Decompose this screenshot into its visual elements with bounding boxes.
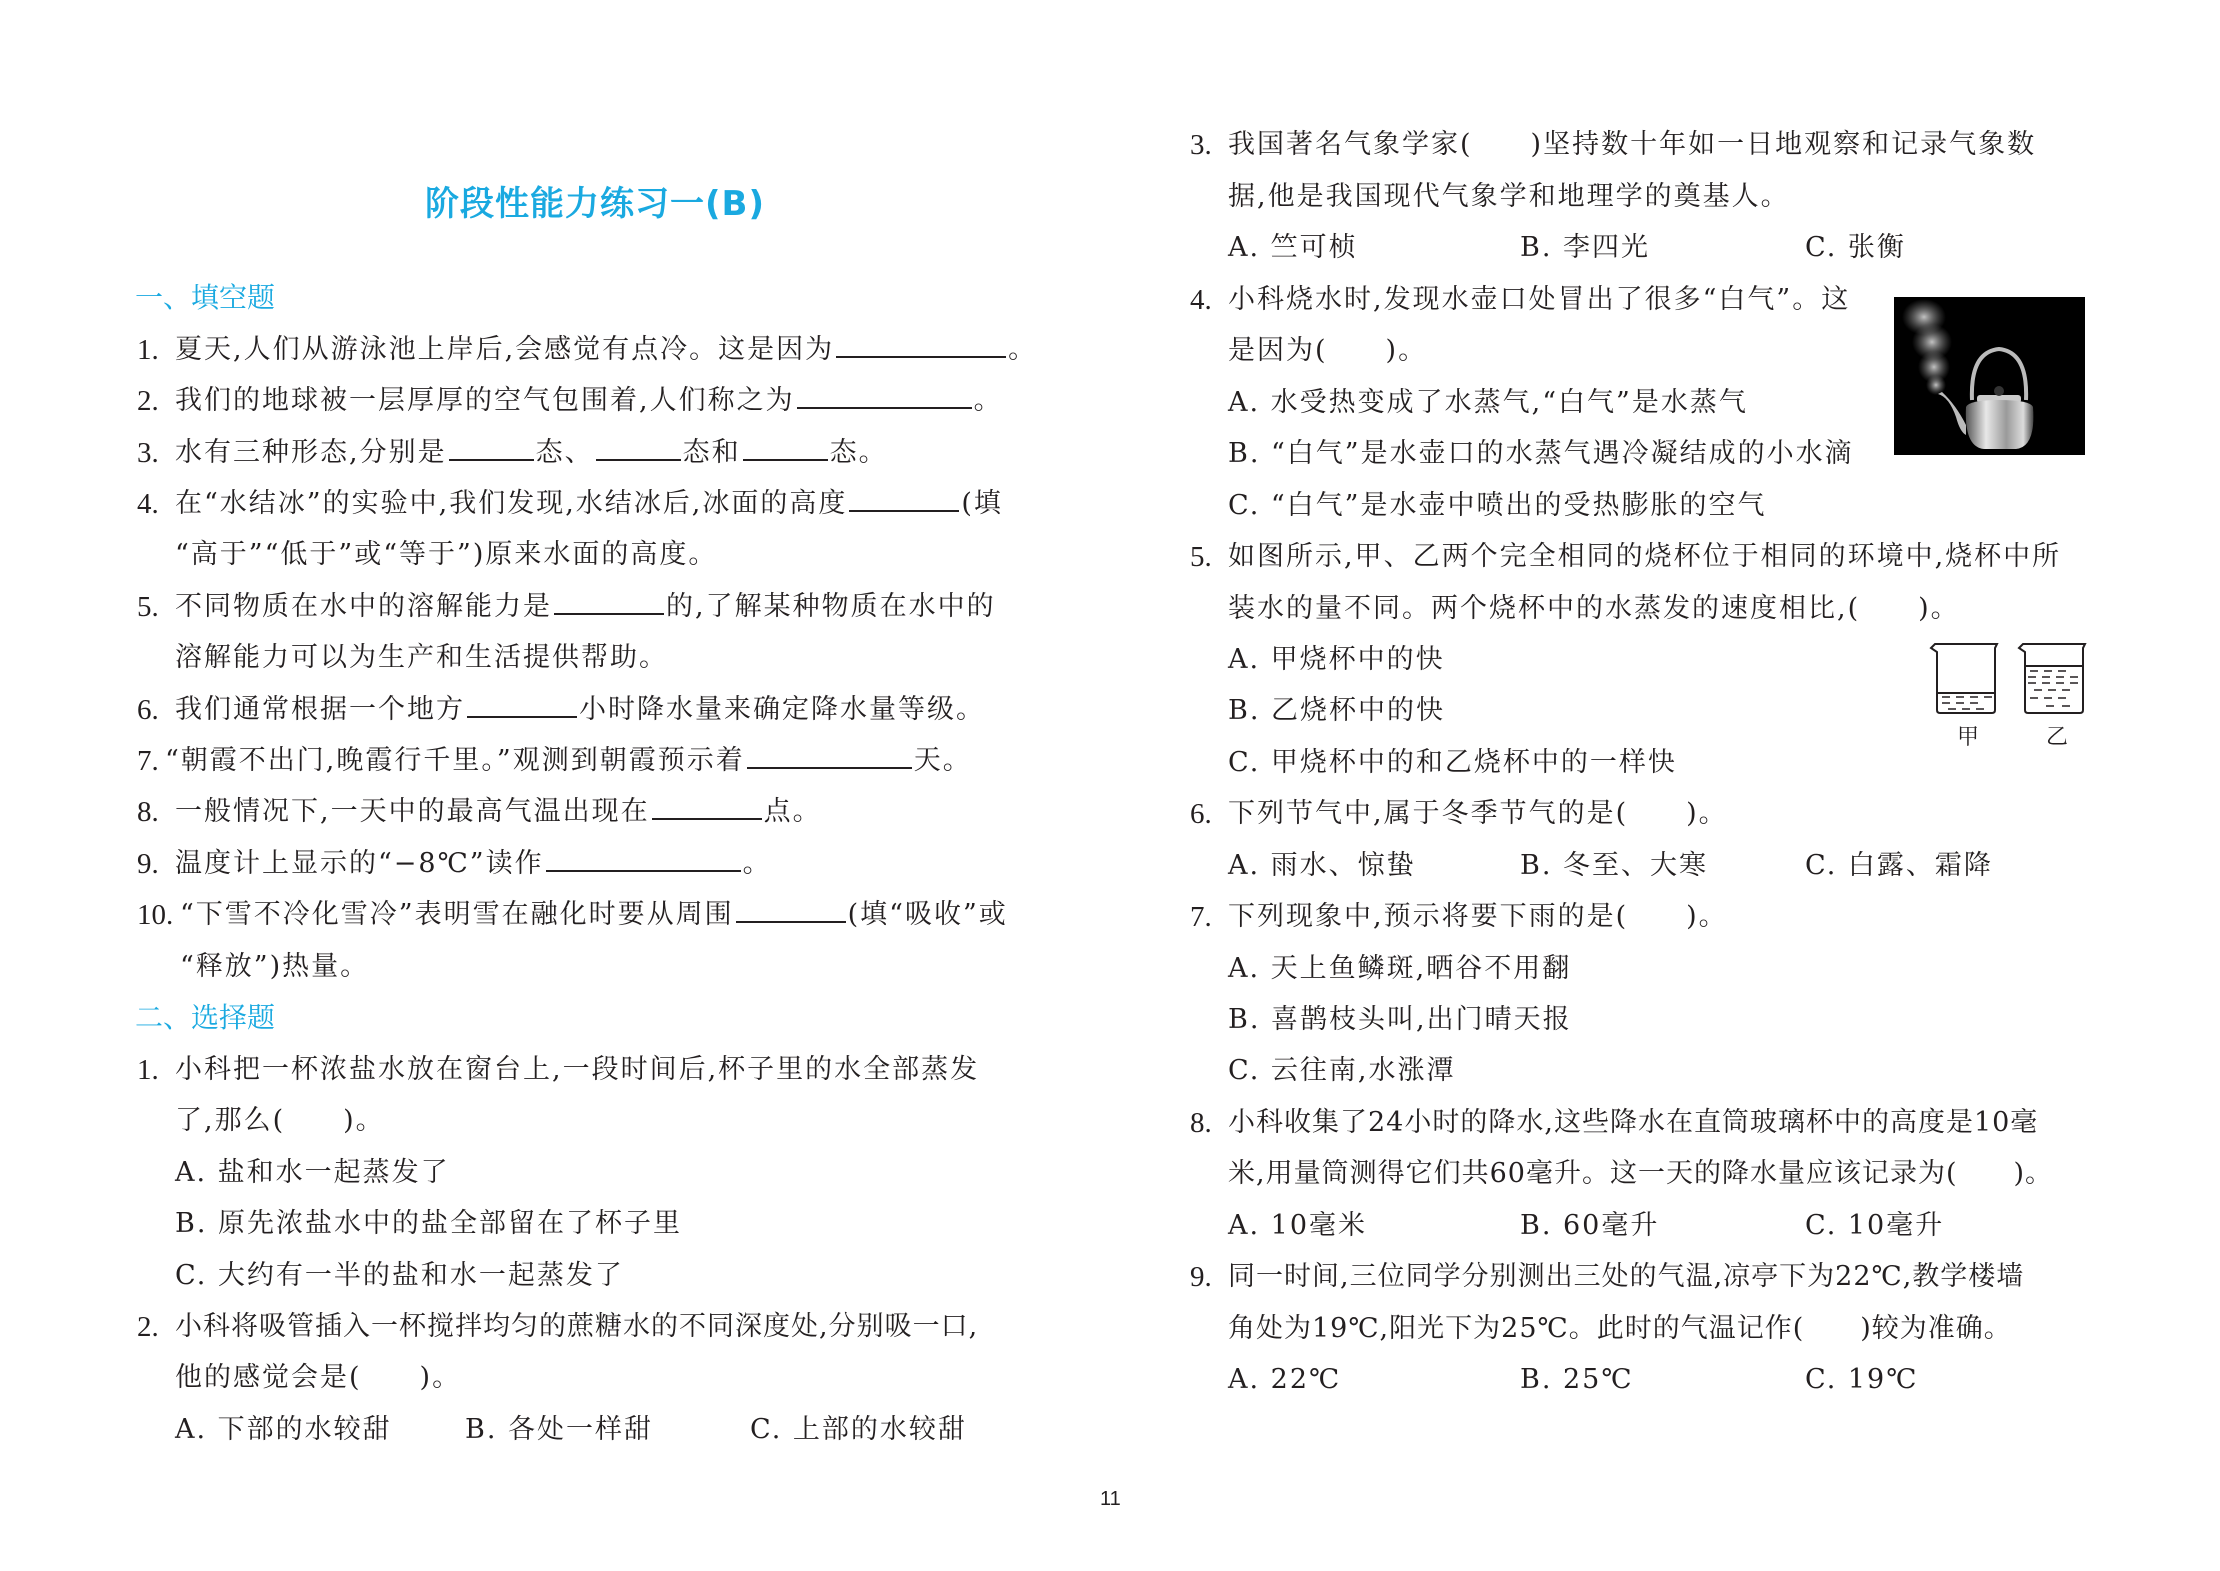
question-number: 1.	[137, 332, 159, 368]
option-a[interactable]: A. 10毫米	[1228, 1208, 1367, 1244]
question-text-cont: 溶解能力可以为生产和生活提供帮助。	[175, 640, 668, 676]
option-b[interactable]: B. 乙烧杯中的快	[1228, 693, 1445, 729]
kettle-icon	[1894, 297, 2085, 455]
question-text: 一般情况下,一天中的最高气温出现在	[175, 796, 650, 827]
question-text-cont: “释放”)热量。	[180, 949, 369, 985]
answer-blank[interactable]	[797, 385, 972, 409]
option-a[interactable]: A. 水受热变成了水蒸气,“白气”是水蒸气	[1228, 385, 1748, 421]
option-a[interactable]: A. 盐和水一起蒸发了	[175, 1155, 450, 1191]
option-c[interactable]: C. 张衡	[1805, 230, 1906, 266]
question-text: 小科收集了24小时的降水,这些降水在直筒玻璃杯中的高度是10毫	[1228, 1105, 2038, 1141]
option-a[interactable]: A. 竺可桢	[1228, 230, 1358, 266]
answer-blank[interactable]	[743, 437, 828, 461]
question-text: 小时降水量来确定降水量等级。	[579, 694, 985, 725]
option-a[interactable]: A. 雨水、惊蛰	[1228, 848, 1416, 884]
question-text-cont: 米,用量筒测得它们共60毫升。这一天的降水量应该记录为( )。	[1228, 1156, 2053, 1192]
question-text: 不同物质在水中的溶解能力是	[175, 591, 552, 622]
option-c[interactable]: C. 白露、霜降	[1805, 848, 1993, 884]
question-text: 在“水结冰”的实验中,我们发现,水结冰后,冰面的高度	[175, 488, 847, 519]
question-number: 3.	[1190, 127, 1212, 163]
answer-blank[interactable]	[596, 437, 681, 461]
question-text: 我国著名气象学家( )坚持数十年如一日地观察和记录气象数	[1228, 127, 2036, 163]
question-text-cont: 了,那么( )。	[175, 1103, 385, 1139]
section-heading-fill-blank: 一、填空题	[135, 280, 275, 316]
question-text: 水有三种形态,分别是	[175, 437, 447, 468]
question-text-cont: 他的感觉会是( )。	[175, 1360, 461, 1396]
question-text-cont: 据,他是我国现代气象学和地理学的奠基人。	[1228, 179, 1790, 215]
page-number: 11	[1100, 1488, 1121, 1511]
question-text: 态、	[536, 437, 594, 468]
question-text: 夏天,人们从游泳池上岸后,会感觉有点冷。这是因为	[175, 334, 834, 365]
question-text: 点。	[764, 796, 822, 827]
beaker-icon	[2019, 644, 2085, 713]
question-number: 4.	[1190, 282, 1212, 318]
page-title: 阶段性能力练习一(B)	[425, 176, 765, 225]
answer-blank[interactable]	[467, 694, 577, 718]
option-a[interactable]: A. 甲烧杯中的快	[1228, 642, 1445, 678]
option-b[interactable]: B. “白气”是水壶口的水蒸气遇冷凝结成的小水滴	[1228, 436, 1854, 472]
beakers-figure	[1928, 643, 2090, 715]
option-a[interactable]: A. 22℃	[1228, 1362, 1341, 1398]
question-text: 的,了解某种物质在水中的	[666, 591, 996, 622]
question-number: 8.	[1190, 1105, 1212, 1141]
question-number: 6.	[137, 692, 159, 728]
question-number: 1.	[137, 1052, 159, 1088]
question-text: 态。	[830, 437, 888, 468]
question-text: (填“吸收”或	[848, 899, 1008, 930]
question-number: 2.	[137, 383, 159, 419]
beaker-label-jia: 甲	[1957, 720, 1979, 751]
option-b[interactable]: B. 25℃	[1520, 1362, 1634, 1398]
answer-blank[interactable]	[747, 745, 912, 769]
question-text: (填	[961, 488, 1003, 519]
question-text-cont: “高于”“低于”或“等于”)原来水面的高度。	[175, 537, 717, 573]
question-text: 小科把一杯浓盐水放在窗台上,一段时间后,杯子里的水全部蒸发	[175, 1052, 979, 1088]
question-text-cont: 是因为( )。	[1228, 333, 1427, 369]
punct: 。	[974, 385, 1003, 416]
question-number: 8.	[137, 794, 159, 830]
question-number: 2.	[137, 1309, 159, 1345]
question-text: 我们的地球被一层厚厚的空气包围着,人们称之为	[175, 385, 795, 416]
answer-blank[interactable]	[554, 591, 664, 615]
option-c[interactable]: C. “白气”是水壶中喷出的受热膨胀的空气	[1228, 488, 1766, 524]
answer-blank[interactable]	[652, 796, 762, 820]
question-text: 下列现象中,预示将要下雨的是( )。	[1228, 899, 1728, 935]
question-number: 4.	[137, 486, 159, 522]
question-number: 7.	[137, 743, 159, 779]
question-text-cont: 装水的量不同。两个烧杯中的水蒸发的速度相比,( )。	[1228, 591, 1960, 627]
question-text: “下雪不冷化雪冷”表明雪在融化时要从周围	[180, 899, 734, 930]
question-text: 。	[743, 848, 772, 879]
section-heading-multiple-choice: 二、选择题	[135, 1000, 275, 1036]
question-text: 下列节气中,属于冬季节气的是( )。	[1228, 796, 1728, 832]
question-number: 3.	[137, 435, 159, 471]
answer-blank[interactable]	[546, 848, 741, 872]
punct: 。	[1008, 334, 1037, 365]
option-c[interactable]: C. 大约有一半的盐和水一起蒸发了	[175, 1258, 624, 1294]
option-c[interactable]: C. 10毫升	[1805, 1208, 1944, 1244]
question-number: 10.	[137, 897, 173, 933]
question-text: 态和	[683, 437, 741, 468]
option-b[interactable]: B. 60毫升	[1520, 1208, 1659, 1244]
question-text: 同一时间,三位同学分别测出三处的气温,凉亭下为22℃,教学楼墙	[1228, 1259, 2024, 1295]
beaker-label-yi: 乙	[2046, 720, 2068, 751]
option-c[interactable]: C. 19℃	[1805, 1362, 1918, 1398]
option-b[interactable]: B. 李四光	[1520, 230, 1650, 266]
beaker-icon	[1931, 644, 1997, 713]
answer-blank[interactable]	[449, 437, 534, 461]
option-c[interactable]: C. 云往南,水涨潭	[1228, 1053, 1455, 1089]
answer-blank[interactable]	[736, 899, 846, 923]
option-a[interactable]: A. 下部的水较甜	[175, 1412, 392, 1448]
question-number: 6.	[1190, 796, 1212, 832]
question-text: 天。	[914, 745, 972, 776]
option-b[interactable]: B. 冬至、大寒	[1520, 848, 1708, 884]
question-text: “朝霞不出门,晚霞行千里。”观测到朝霞预示着	[165, 745, 745, 776]
question-text: 如图所示,甲、乙两个完全相同的烧杯位于相同的环境中,烧杯中所	[1228, 539, 2061, 575]
question-number: 9.	[137, 846, 159, 882]
option-b[interactable]: B. 喜鹊枝头叫,出门晴天报	[1228, 1002, 1572, 1038]
question-number: 5.	[137, 589, 159, 625]
question-number: 7.	[1190, 899, 1212, 935]
question-number: 9.	[1190, 1259, 1212, 1295]
question-text-cont: 角处为19℃,阳光下为25℃。此时的气温记作( )较为准确。	[1228, 1311, 2012, 1347]
option-a[interactable]: A. 天上鱼鳞斑,晒谷不用翻	[1228, 951, 1571, 987]
answer-blank[interactable]	[836, 334, 1006, 358]
question-text: 小科烧水时,发现水壶口处冒出了很多“白气”。这	[1228, 282, 1850, 318]
option-b[interactable]: B. 各处一样甜	[465, 1412, 653, 1448]
question-text: 小科将吸管插入一杯搅拌均匀的蔗糖水的不同深度处,分别吸一口,	[175, 1309, 978, 1345]
question-text: 我们通常根据一个地方	[175, 694, 465, 725]
option-b[interactable]: B. 原先浓盐水中的盐全部留在了杯子里	[175, 1206, 682, 1242]
answer-blank[interactable]	[849, 488, 959, 512]
question-number: 5.	[1190, 539, 1212, 575]
question-text: 温度计上显示的“−8℃”读作	[175, 848, 544, 879]
option-c[interactable]: C. 上部的水较甜	[750, 1412, 967, 1448]
kettle-steam-photo	[1894, 297, 2085, 455]
option-c[interactable]: C. 甲烧杯中的和乙烧杯中的一样快	[1228, 745, 1677, 781]
